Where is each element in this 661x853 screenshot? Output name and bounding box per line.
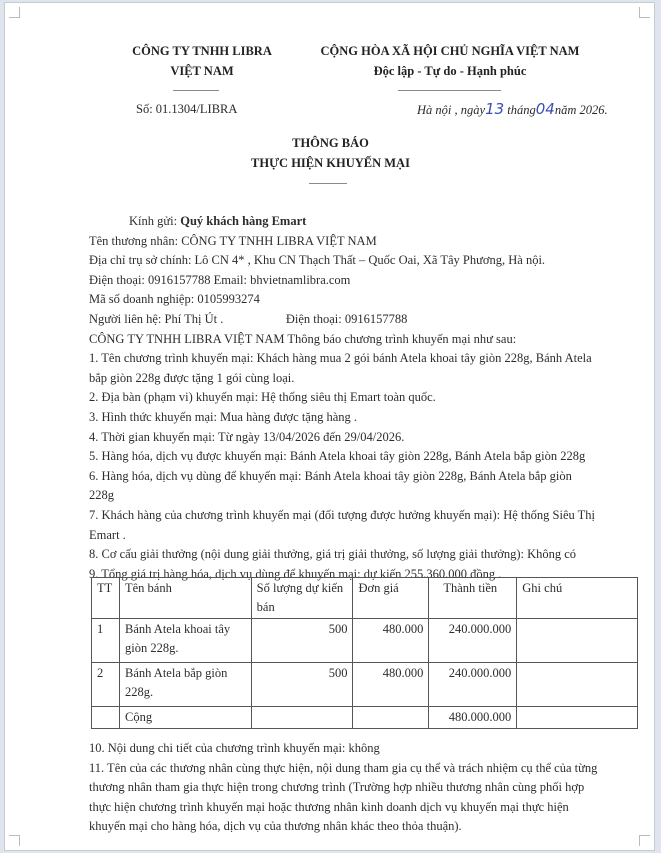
cell-note <box>517 619 638 663</box>
company-name-line2: VIỆT NAM <box>97 61 307 81</box>
item-6-continued: 228g <box>89 486 629 506</box>
item-11-continued: thương nhân tham gia thực hiện trong chư… <box>89 778 634 798</box>
col-header-note: Ghi chú <box>517 578 638 619</box>
item-7-customers: 7. Khách hàng của chương trình khuyến mạ… <box>89 506 629 526</box>
contact-person: Người liên hệ: Phí Thị Út . Điện thoại: … <box>89 310 629 330</box>
table-header-row: TT Tên bánh Số lượng dự kiến bán Đơn giá… <box>92 578 638 619</box>
promo-goods-table: TT Tên bánh Số lượng dự kiến bán Đơn giá… <box>91 577 638 729</box>
nation-motto: CỘNG HÒA XÃ HỘI CHỦ NGHĨA VIỆT NAM <box>290 41 610 61</box>
notice-footer: 10. Nội dung chi tiết của chương trình k… <box>89 739 634 837</box>
greeting-prefix: Kính gửi: <box>129 214 180 228</box>
item-7-continued: Emart . <box>89 526 629 546</box>
cell-empty <box>251 707 353 729</box>
greeting-recipient: Quý khách hàng Emart <box>180 214 306 228</box>
company-header: CÔNG TY TNHH LIBRA VIỆT NAM <box>97 41 307 81</box>
cell-tt: 2 <box>92 663 120 707</box>
item-1-continued: bắp giòn 228g được tặng 1 gói cùng loại. <box>89 369 629 389</box>
greeting: Kính gửi: Quý khách hàng Emart <box>89 212 629 232</box>
item-2-scope: 2. Địa bàn (phạm vi) khuyến mại: Hệ thốn… <box>89 388 629 408</box>
tax-code: Mã số doanh nghiệp: 0105993274 <box>89 290 629 310</box>
company-underline <box>173 90 219 91</box>
cell-empty <box>517 707 638 729</box>
item-3-form: 3. Hình thức khuyến mại: Mua hàng được t… <box>89 408 629 428</box>
table-sum-row: Cộng 480.000.000 <box>92 707 638 729</box>
date-suffix: năm 2026. <box>555 103 608 117</box>
page-corner-mark <box>9 7 20 18</box>
date-month-handwritten: 04 <box>536 100 555 118</box>
notice-title: THÔNG BÁO <box>5 136 655 151</box>
head-office-address: Địa chỉ trụ sở chính: Lô CN 4* , Khu CN … <box>89 251 629 271</box>
cell-note <box>517 663 638 707</box>
nation-slogan: Độc lập - Tự do - Hạnh phúc <box>290 61 610 81</box>
cell-empty <box>92 707 120 729</box>
date-prefix: Hà nội , ngày <box>417 103 485 117</box>
cell-qty: 500 <box>251 619 353 663</box>
page-corner-mark <box>639 835 650 846</box>
cell-name: Bánh Atela khoai tây giòn 228g. <box>119 619 251 663</box>
table-row: 2 Bánh Atela bắp giòn 228g. 500 480.000 … <box>92 663 638 707</box>
cell-qty: 500 <box>251 663 353 707</box>
page-corner-mark <box>639 7 650 18</box>
col-header-total: Thành tiền <box>429 578 517 619</box>
phone-email: Điện thoại: 0916157788 Email: bhvietnaml… <box>89 271 629 291</box>
item-8-prize-structure: 8. Cơ cấu giải thưởng (nội dung giải thư… <box>89 545 629 565</box>
item-5-promoted-goods: 5. Hàng hóa, dịch vụ được khuyến mại: Bá… <box>89 447 629 467</box>
cell-name: Bánh Atela bắp giòn 228g. <box>119 663 251 707</box>
sum-label: Cộng <box>119 707 251 729</box>
item-11-continued: thực hiện chương trình khuyến mại hoặc t… <box>89 798 634 818</box>
cell-tt: 1 <box>92 619 120 663</box>
document-page: CÔNG TY TNHH LIBRA VIỆT NAM CỘNG HÒA XÃ … <box>4 2 655 851</box>
company-name-line1: CÔNG TY TNHH LIBRA <box>97 41 307 61</box>
nation-header: CỘNG HÒA XÃ HỘI CHỦ NGHĨA VIỆT NAM Độc l… <box>290 41 610 81</box>
date-day-handwritten: 13 <box>485 100 504 118</box>
intro-line: CÔNG TY TNHH LIBRA VIỆT NAM Thông báo ch… <box>89 330 629 350</box>
merchant-name: Tên thương nhân: CÔNG TY TNHH LIBRA VIỆT… <box>89 232 629 252</box>
document-number: Số: 01.1304/LIBRA <box>136 102 237 117</box>
col-header-tt: TT <box>92 578 120 619</box>
document-date: Hà nội , ngày13 tháng04năm 2026. <box>417 100 608 118</box>
item-4-duration: 4. Thời gian khuyến mại: Từ ngày 13/04/2… <box>89 428 629 448</box>
cell-total: 240.000.000 <box>429 619 517 663</box>
cell-empty <box>353 707 429 729</box>
title-underline <box>309 183 347 184</box>
cell-price: 480.000 <box>353 663 429 707</box>
item-11-partners: 11. Tên của các thương nhân cùng thực hi… <box>89 759 634 779</box>
cell-price: 480.000 <box>353 619 429 663</box>
date-month-label: tháng <box>507 103 535 117</box>
item-1-program-name: 1. Tên chương trình khuyến mại: Khách hà… <box>89 349 629 369</box>
notice-subtitle: THỰC HIỆN KHUYẾN MẠI <box>5 156 655 171</box>
notice-body: Kính gửi: Quý khách hàng Emart Tên thươn… <box>89 212 629 584</box>
col-header-qty: Số lượng dự kiến bán <box>251 578 353 619</box>
table-row: 1 Bánh Atela khoai tây giòn 228g. 500 48… <box>92 619 638 663</box>
item-6-promo-goods: 6. Hàng hóa, dịch vụ dùng để khuyến mại:… <box>89 467 629 487</box>
col-header-price: Đơn giá <box>353 578 429 619</box>
nation-underline <box>398 90 501 91</box>
item-10-details: 10. Nội dung chi tiết của chương trình k… <box>89 739 634 759</box>
page-corner-mark <box>9 835 20 846</box>
sum-total: 480.000.000 <box>429 707 517 729</box>
col-header-name: Tên bánh <box>119 578 251 619</box>
item-11-continued: khuyến mại cho hàng hóa, dịch vụ của thư… <box>89 817 634 837</box>
cell-total: 240.000.000 <box>429 663 517 707</box>
